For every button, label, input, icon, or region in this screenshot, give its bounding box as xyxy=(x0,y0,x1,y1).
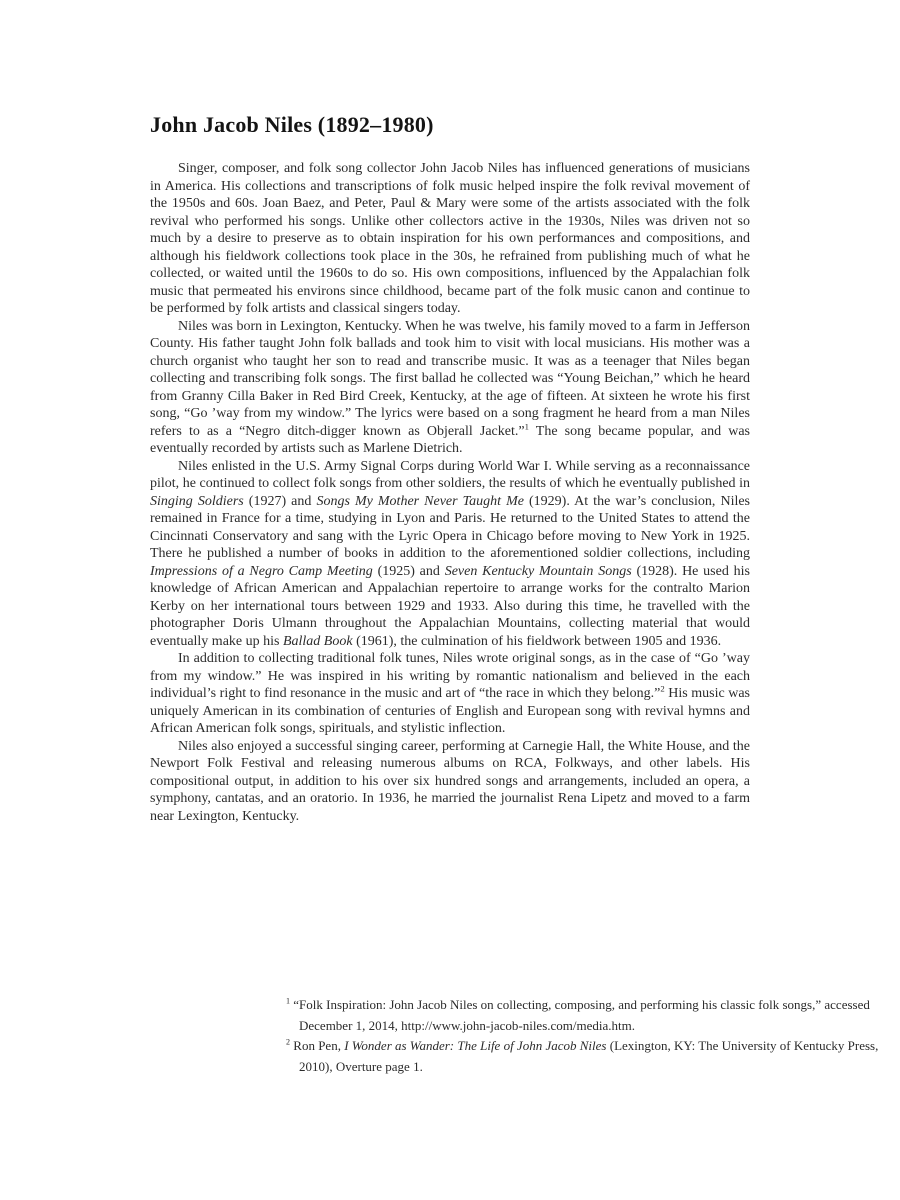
text-run: Niles enlisted in the U.S. Army Signal C… xyxy=(150,459,750,492)
paragraph-5: Niles also enjoyed a successful singing … xyxy=(150,738,750,826)
paragraph-4: In addition to collecting traditional fo… xyxy=(150,650,750,738)
italic-title-text: Singing Soldiers xyxy=(150,494,244,509)
text-run: Niles also enjoyed a successful singing … xyxy=(150,739,750,824)
text-run: Singer, composer, and folk song collecto… xyxy=(150,161,750,316)
footnotes-section: 1 “Folk Inspiration: John Jacob Niles on… xyxy=(286,995,896,1077)
italic-title-text: Songs My Mother Never Taught Me xyxy=(316,494,524,509)
text-run: (1961), the culmination of his fieldwork… xyxy=(353,634,722,649)
document-page: John Jacob Niles (1892–1980) Singer, com… xyxy=(150,0,750,825)
text-run: “Folk Inspiration: John Jacob Niles on c… xyxy=(290,997,870,1033)
text-run: Niles was born in Lexington, Kentucky. W… xyxy=(150,319,750,439)
page-title: John Jacob Niles (1892–1980) xyxy=(150,112,750,138)
text-run: Ron Pen, xyxy=(290,1038,344,1053)
text-run: (1927) and xyxy=(244,494,317,509)
italic-title-text: Ballad Book xyxy=(283,634,353,649)
text-run: In addition to collecting traditional fo… xyxy=(150,651,750,701)
paragraph-3: Niles enlisted in the U.S. Army Signal C… xyxy=(150,458,750,651)
text-run: (1925) and xyxy=(373,564,445,579)
italic-title-text: Impressions of a Negro Camp Meeting xyxy=(150,564,373,579)
italic-title-text: Seven Kentucky Mountain Songs xyxy=(445,564,632,579)
footnote-1: 1 “Folk Inspiration: John Jacob Niles on… xyxy=(286,995,896,1036)
paragraph-1: Singer, composer, and folk song collecto… xyxy=(150,160,750,318)
paragraph-2: Niles was born in Lexington, Kentucky. W… xyxy=(150,318,750,458)
italic-title-text: I Wonder as Wander: The Life of John Jac… xyxy=(344,1038,606,1053)
footnote-2: 2 Ron Pen, I Wonder as Wander: The Life … xyxy=(286,1036,896,1077)
article-body: Singer, composer, and folk song collecto… xyxy=(150,160,750,825)
